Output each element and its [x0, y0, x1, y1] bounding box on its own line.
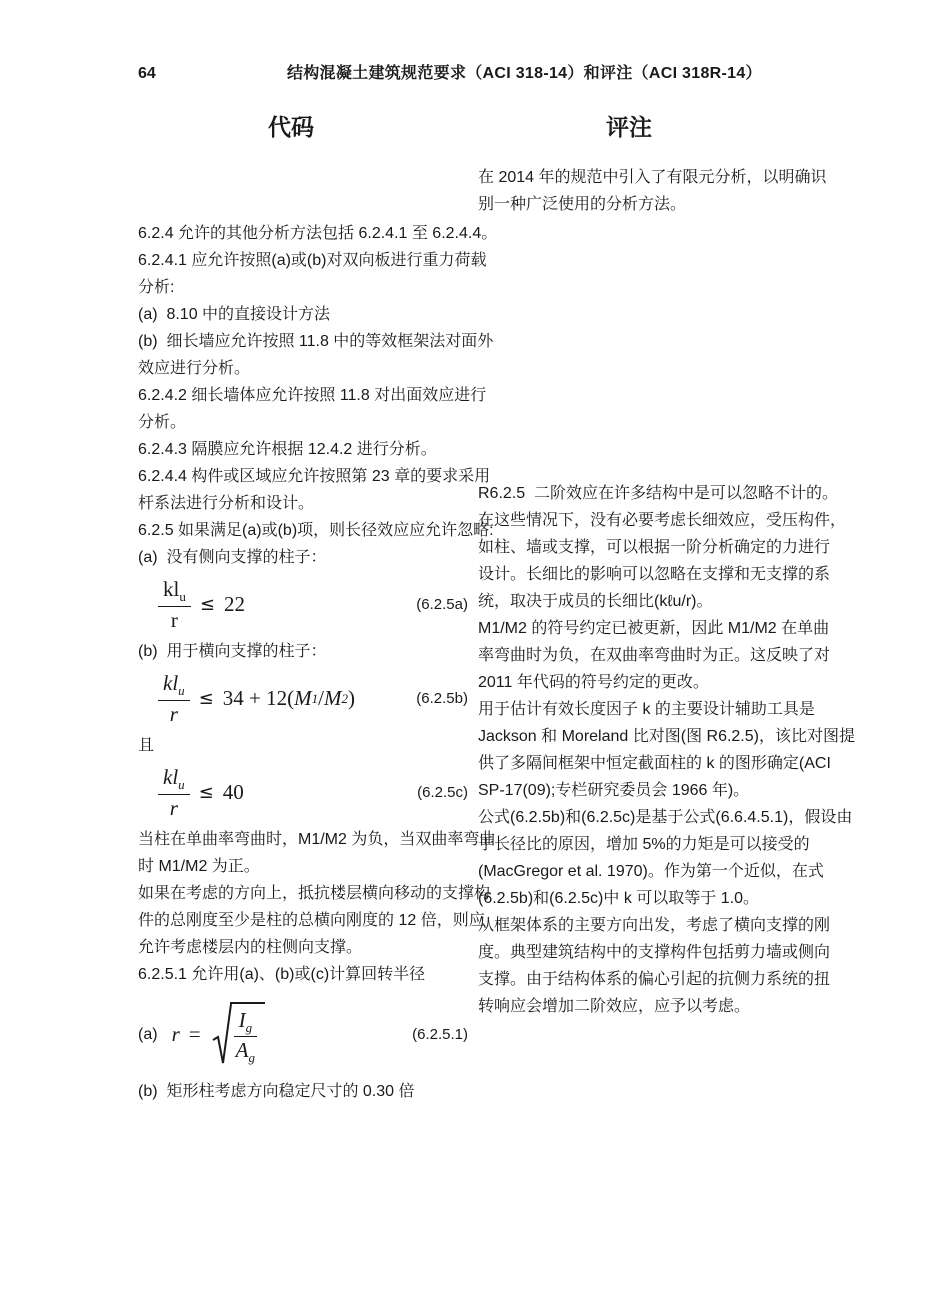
text-line: 率弯曲时为负，在双曲率弯曲时为正。这反映了对 — [478, 642, 896, 669]
fraction: Ig Ag — [234, 1009, 258, 1066]
document-page: 64 结构混凝土建筑规范要求（ACI 318-14）和评注（ACI 318R-1… — [0, 0, 926, 1309]
text-line: 公式(6.2.5b)和(6.2.5c)是基于公式(6.6.4.5.1)，假设由 — [478, 804, 896, 831]
square-root: Ig Ag — [212, 1002, 266, 1068]
equation-6-2-5-1: (a) r = Ig Ag (6.2.5.1) — [138, 1002, 468, 1068]
text-line: 别一种广泛使用的分析方法。 — [478, 191, 896, 218]
page-number: 64 — [138, 65, 156, 83]
text-line: 供了多隔间框架中恒定截面柱的 k 的图形确定(ACI — [478, 750, 896, 777]
header-title: 结构混凝土建筑规范要求（ACI 318-14）和评注（ACI 318R-14） — [156, 60, 893, 83]
text-line: (b) 细长墙应允许按照 11.8 中的等效框架法对面外 — [138, 328, 468, 355]
text-line: 用于估计有效长度因子 k 的主要设计辅助工具是 — [478, 696, 896, 723]
commentary-body: R6.2.5 二阶效应在许多结构中是可以忽略不计的。 在这些情况下，没有必要考虑… — [478, 480, 896, 1020]
equation-number: (6.2.5c) — [417, 779, 468, 806]
fraction: klu r — [158, 766, 190, 819]
text-line: 允许考虑楼层内的柱侧向支撑。 — [138, 934, 468, 961]
text-line: SP-17(09);专栏研究委员会 1966 年)。 — [478, 777, 896, 804]
code-column: 代码 6.2.4 允许的其他分析方法包括 6.2.4.1 至 6.2.4.4。 … — [138, 112, 468, 1105]
code-section-lines: 6.2.4 允许的其他分析方法包括 6.2.4.1 至 6.2.4.4。 6.2… — [138, 220, 468, 571]
text-line: 分析: — [138, 274, 468, 301]
commentary-column-title: 评注 — [478, 112, 780, 142]
text-line: (a) 没有侧向支撑的柱子： — [138, 544, 468, 571]
equation-expression: klu r ≤ 40 — [158, 766, 244, 819]
text-line: 杆系法进行分析和设计。 — [138, 490, 468, 517]
text-line: 且 — [138, 732, 468, 759]
equation-6-2-5c: klu r ≤ 40 (6.2.5c) — [138, 766, 468, 819]
code-section-lines: 当柱在单曲率弯曲时，M1/M2 为负，当双曲率弯曲 时 M1/M2 为正。 如果… — [138, 826, 468, 988]
text-line: 度。典型建筑结构中的支撑构件包括剪力墙或侧向 — [478, 939, 896, 966]
equation-6-2-5a: klu r ≤ 22 (6.2.5a) — [138, 578, 468, 631]
text-line: 当柱在单曲率弯曲时，M1/M2 为负，当双曲率弯曲 — [138, 826, 468, 853]
text-line: R6.2.5 二阶效应在许多结构中是可以忽略不计的。 — [478, 480, 896, 507]
text-line: (a) 8.10 中的直接设计方法 — [138, 301, 468, 328]
text-line: 如果在考虑的方向上，抵抗楼层横向移动的支撑构 — [138, 880, 468, 907]
text-line: (6.2.5b)和(6.2.5c)中 k 可以取等于 1.0。 — [478, 885, 896, 912]
equation-6-2-5b: klu r ≤ 34 + 12(M1 / M2) (6.2.5b) — [138, 672, 468, 725]
text-line: 6.2.5 如果满足(a)或(b)项，则长径效应应允许忽略: — [138, 517, 468, 544]
equation-number: (6.2.5a) — [416, 591, 468, 618]
text-line: 统，取决于成员的长细比(kℓu/r)。 — [478, 588, 896, 615]
text-line: 件的总刚度至少是柱的总横向刚度的 12 倍，则应 — [138, 907, 468, 934]
text-line: 6.2.4 允许的其他分析方法包括 6.2.4.1 至 6.2.4.4。 — [138, 220, 468, 247]
text-line: (b) 矩形柱考虑方向稳定尺寸的 0.30 倍 — [138, 1078, 468, 1105]
text-line: 6.2.4.3 隔膜应允许根据 12.4.2 进行分析。 — [138, 436, 468, 463]
text-line: Jackson 和 Moreland 比对图(图 R6.2.5)，该比对图提 — [478, 723, 896, 750]
commentary-column: 评注 在 2014 年的规范中引入了有限元分析，以明确识 别一种广泛使用的分析方… — [478, 112, 896, 1020]
list-item-label: (a) — [138, 1021, 158, 1048]
page-header: 64 结构混凝土建筑规范要求（ACI 318-14）和评注（ACI 318R-1… — [138, 60, 893, 83]
commentary-intro: 在 2014 年的规范中引入了有限元分析，以明确识 别一种广泛使用的分析方法。 — [478, 164, 896, 218]
text-line: 6.2.4.4 构件或区域应允许按照第 23 章的要求采用 — [138, 463, 468, 490]
text-line: 2011 年代码的符号约定的更改。 — [478, 669, 896, 696]
text-line: 从框架体系的主要方向出发，考虑了横向支撑的刚 — [478, 912, 896, 939]
fraction: klu r — [158, 578, 191, 631]
radical-icon — [212, 1002, 232, 1068]
code-column-title: 代码 — [138, 112, 444, 142]
text-line: (MacGregor et al. 1970)。作为第一个近似，在式 — [478, 858, 896, 885]
text-line: 于长径比的原因，增加 5%的力矩是可以接受的 — [478, 831, 896, 858]
text-line: 分析。 — [138, 409, 468, 436]
text-line: (b) 用于横向支撑的柱子： — [138, 638, 468, 665]
text-line: M1/M2 的符号约定已被更新，因此 M1/M2 在单曲 — [478, 615, 896, 642]
text-line: 如柱、墙或支撑，可以根据一阶分析确定的力进行 — [478, 534, 896, 561]
text-line: 6.2.5.1 允许用(a)、(b)或(c)计算回转半径 — [138, 961, 468, 988]
equation-expression: klu r ≤ 22 — [158, 578, 245, 631]
text-line: 转响应会增加二阶效应，应予以考虑。 — [478, 993, 896, 1020]
equation-expression: klu r ≤ 34 + 12(M1 / M2) — [158, 672, 355, 725]
text-line: 6.2.4.2 细长墙体应允许按照 11.8 对出面效应进行 — [138, 382, 468, 409]
text-line: 在这些情况下，没有必要考虑长细效应，受压构件， — [478, 507, 896, 534]
text-line: 设计。长细比的影响可以忽略在支撑和无支撑的系 — [478, 561, 896, 588]
fraction: klu r — [158, 672, 190, 725]
equation-expression: r = Ig Ag — [172, 1002, 266, 1068]
equation-number: (6.2.5b) — [416, 685, 468, 712]
text-line: 6.2.4.1 应允许按照(a)或(b)对双向板进行重力荷载 — [138, 247, 468, 274]
equation-number: (6.2.5.1) — [412, 1021, 468, 1048]
text-line: 支撑。由于结构体系的偏心引起的抗侧力系统的扭 — [478, 966, 896, 993]
text-line: 在 2014 年的规范中引入了有限元分析，以明确识 — [478, 164, 896, 191]
text-line: 效应进行分析。 — [138, 355, 468, 382]
text-line: 时 M1/M2 为正。 — [138, 853, 468, 880]
